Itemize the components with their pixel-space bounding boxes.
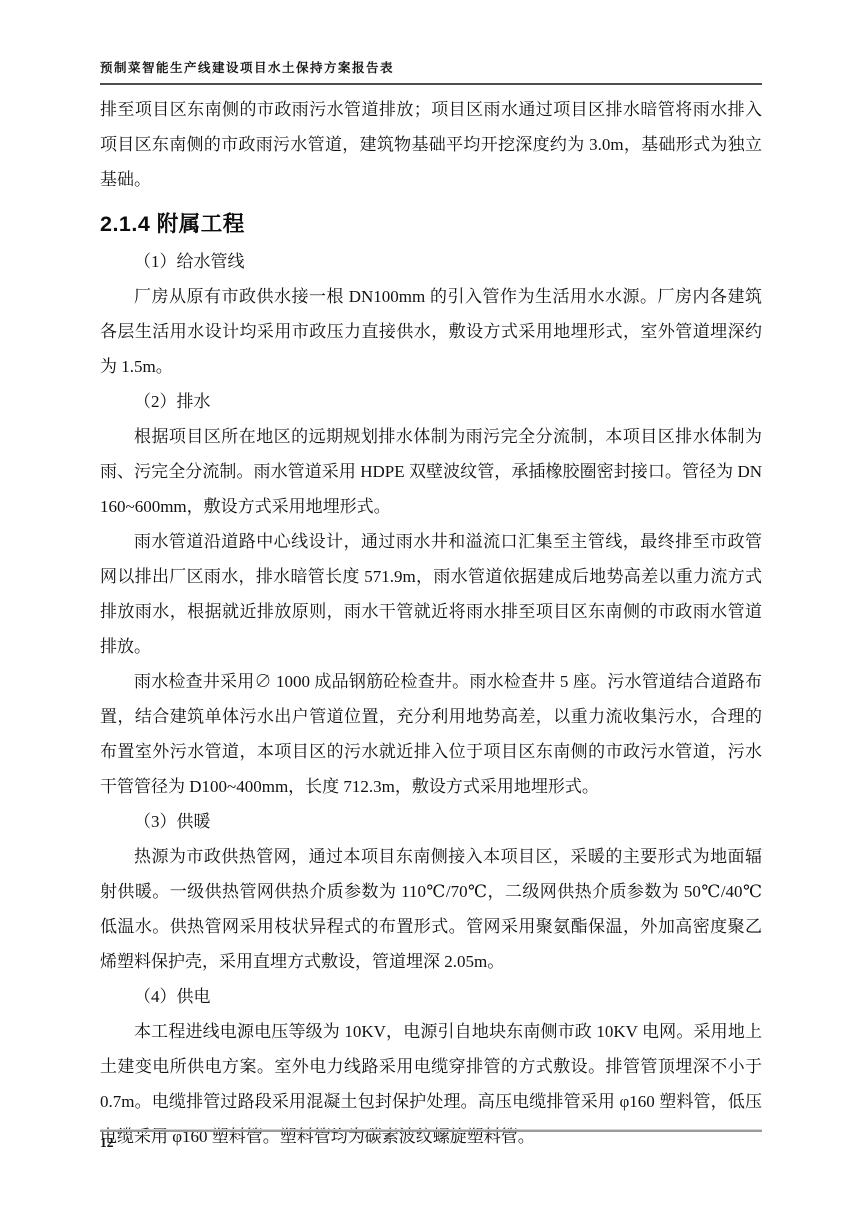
paragraph-rainwater-pipes: 雨水管道沿道路中心线设计，通过雨水井和溢流口汇集至主管线，最终排至市政管网以排出… <box>100 524 762 664</box>
running-header-title: 预制菜智能生产线建设项目水土保持方案报告表 <box>100 58 762 85</box>
paragraph-inspection-wells: 雨水检查井采用∅ 1000 成品钢筋砼检查井。雨水检查井 5 座。污水管道结合道… <box>100 664 762 804</box>
document-page: 预制菜智能生产线建设项目水土保持方案报告表 排至项目区东南侧的市政雨污水管道排放… <box>0 0 860 1216</box>
paragraph-water-supply: 厂房从原有市政供水接一根 DN100mm 的引入管作为生活用水水源。厂房内各建筑… <box>100 279 762 384</box>
page-number: 12 <box>100 1132 762 1151</box>
paragraph-intro-continuation: 排至项目区东南侧的市政雨污水管道排放；项目区雨水通过项目区排水暗管将雨水排入项目… <box>100 92 762 197</box>
page-footer: 12 <box>100 1130 762 1151</box>
list-heading-water-supply: （1）给水管线 <box>100 244 762 279</box>
list-heading-heating: （3）供暖 <box>100 804 762 839</box>
paragraph-heating: 热源为市政供热管网，通过本项目东南侧接入本项目区，采暖的主要形式为地面辐射供暖。… <box>100 839 762 979</box>
list-heading-drainage: （2）排水 <box>100 384 762 419</box>
list-heading-power-supply: （4）供电 <box>100 979 762 1014</box>
paragraph-drainage-system: 根据项目区所在地区的远期规划排水体制为雨污完全分流制，本项目区排水体制为雨、污完… <box>100 419 762 524</box>
document-body: 排至项目区东南侧的市政雨污水管道排放；项目区雨水通过项目区排水暗管将雨水排入项目… <box>100 92 762 1154</box>
section-heading-2-1-4: 2.1.4 附属工程 <box>100 208 762 241</box>
